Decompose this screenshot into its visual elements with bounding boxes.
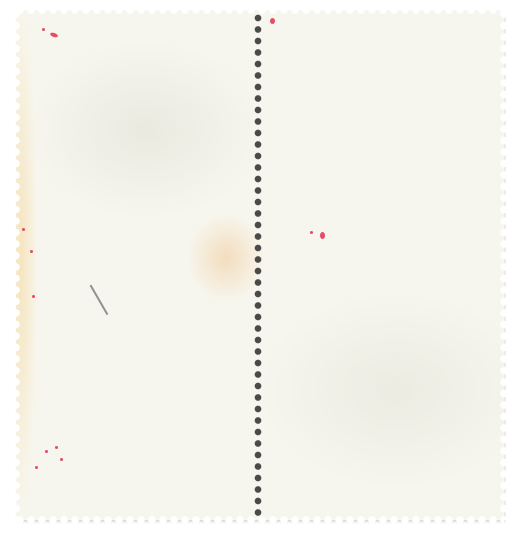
ink-speck — [310, 231, 313, 234]
ink-speck — [35, 466, 38, 469]
ink-speck — [60, 458, 63, 461]
ink-speck — [42, 28, 45, 31]
perforation-left-edge — [12, 10, 20, 520]
ink-speck — [32, 295, 35, 298]
ink-speck — [55, 446, 58, 449]
perforation-middle-line — [254, 14, 262, 516]
perforation-right-edge — [500, 10, 508, 520]
perforation-bottom-edge — [16, 516, 504, 524]
perforation-top-edge — [16, 6, 504, 14]
ink-speck — [30, 250, 33, 253]
ink-speck — [270, 18, 275, 24]
ink-speck — [22, 228, 25, 231]
ink-speck — [45, 450, 48, 453]
ink-speck — [320, 232, 325, 239]
